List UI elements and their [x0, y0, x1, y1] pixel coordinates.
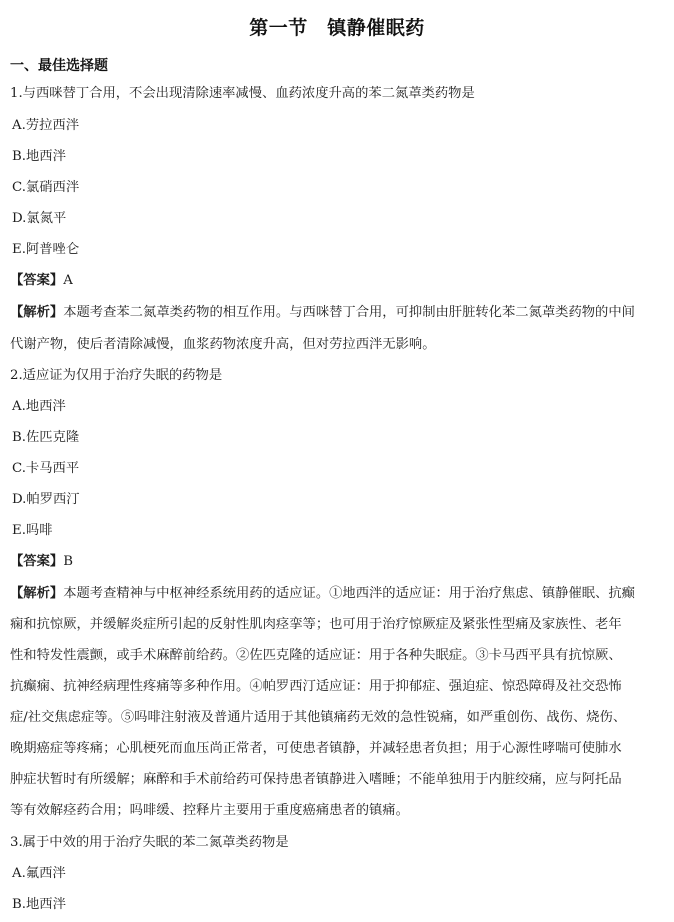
answer-label: 【答案】 [10, 554, 63, 569]
question-1-option-d: D.氯氮平 [12, 209, 66, 229]
section-heading: 一、最佳选择题 [10, 55, 108, 75]
answer-value: A [63, 273, 73, 288]
question-3-option-b: B.地西泮 [12, 895, 66, 915]
question-2-analysis-line-7: 肿症状暂时有所缓解；麻醉和手术前给药可保持患者镇静进入嗜睡；不能单独用于内脏绞痛… [10, 770, 622, 790]
question-3-stem: 3.属于中效的用于治疗失眠的苯二氮䓬类药物是 [10, 833, 289, 853]
question-2-option-c: C.卡马西平 [12, 459, 79, 479]
question-2-analysis-line-3: 性和特发性震颤，或手术麻醉前给药。②佐匹克隆的适应证：用于各种失眠症。③卡马西平… [10, 646, 622, 666]
question-2-option-a: A.地西泮 [12, 397, 66, 417]
question-1-analysis-line-2: 代谢产物，使后者清除减慢，血浆药物浓度升高，但对劳拉西泮无影响。 [10, 335, 436, 355]
question-1-option-e: E.阿普唑仑 [12, 240, 79, 260]
question-3-option-a: A.氟西泮 [12, 864, 66, 884]
question-2-option-e: E.吗啡 [12, 521, 53, 541]
question-1-stem: 1.与西咪替丁合用，不会出现清除速率减慢、血药浓度升高的苯二氮䓬类药物是 [10, 84, 475, 104]
question-2-option-b: B.佐匹克隆 [12, 428, 79, 448]
answer-label: 【答案】 [10, 273, 63, 288]
question-2-option-d: D.帕罗西汀 [12, 490, 80, 510]
analysis-label: 【解析】 [10, 305, 63, 320]
question-1-analysis-line-1: 【解析】本题考查苯二氮䓬类药物的相互作用。与西咪替丁合用，可抑制由肝脏转化苯二氮… [10, 303, 635, 323]
question-2-stem: 2.适应证为仅用于治疗失眠的药物是 [10, 366, 222, 386]
question-2-analysis-line-4: 抗癫痫、抗神经病理性疼痛等多种作用。④帕罗西汀适应证：用于抑郁症、强迫症、惊恐障… [10, 677, 622, 697]
question-2-analysis-line-8: 等有效解痉药合用；吗啡缓、控释片主要用于重度癌痛患者的镇痛。 [10, 801, 409, 821]
question-2-analysis-line-2: 痫和抗惊厥，并缓解炎症所引起的反射性肌肉痉挛等；也可用于治疗惊厥症及紧张性型痛及… [10, 615, 622, 635]
question-2-analysis-line-6: 晚期癌症等疼痛；心肌梗死而血压尚正常者，可使患者镇静，并减轻患者负担；用于心源性… [10, 739, 622, 759]
question-2-answer: 【答案】B [10, 552, 73, 572]
question-1-answer: 【答案】A [10, 271, 73, 291]
question-2-analysis-line-5: 症/社交焦虑症等。⑤吗啡注射液及普通片适用于其他镇痛药无效的急性锐痛，如严重创伤… [10, 708, 626, 728]
question-1-option-c: C.氯硝西泮 [12, 178, 79, 198]
page-title: 第一节 镇静催眠药 [0, 13, 674, 40]
question-1-option-a: A.劳拉西泮 [12, 116, 79, 136]
question-2-analysis-line-1: 【解析】本题考查精神与中枢神经系统用药的适应证。①地西泮的适应证：用于治疗焦虑、… [10, 584, 635, 604]
answer-value: B [63, 554, 73, 569]
question-1-option-b: B.地西泮 [12, 147, 66, 167]
analysis-label: 【解析】 [10, 586, 63, 601]
